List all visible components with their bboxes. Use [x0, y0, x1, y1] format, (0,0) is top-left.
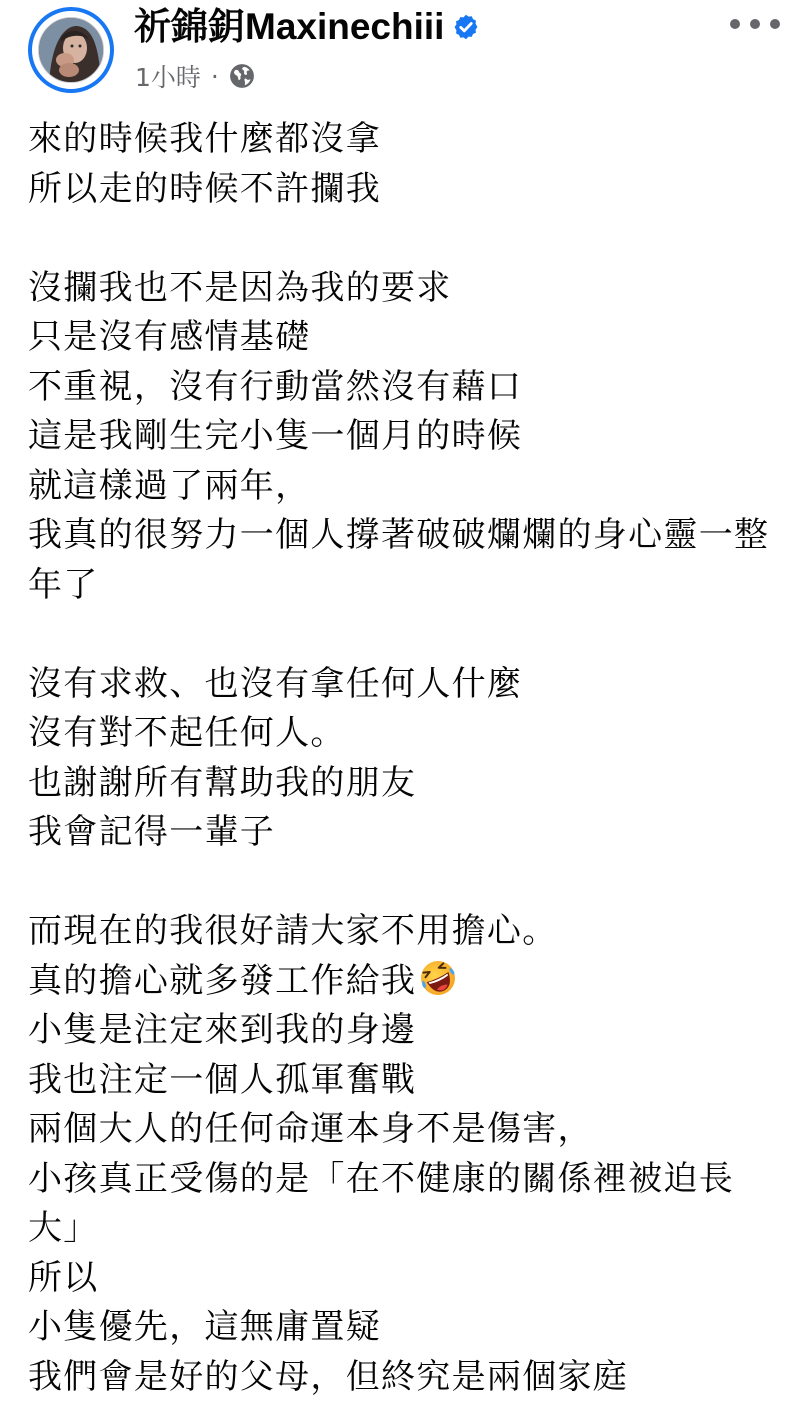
post-line-blank — [28, 858, 800, 908]
post-line: 年了 — [28, 561, 800, 611]
author-name[interactable]: 祈錦鈅Maxinechiii — [134, 2, 444, 52]
post-line: 沒有求救、也沒有拿任何人什麼 — [28, 660, 800, 710]
rolling-on-floor-laughing-emoji-icon — [418, 958, 458, 998]
post-line: 只是沒有感情基礎 — [28, 313, 800, 363]
post-line: 所以 — [28, 1254, 800, 1304]
post-line-with-emoji: 真的擔心就多發工作給我 — [28, 957, 800, 1007]
post-line: 大」 — [28, 1204, 800, 1254]
post-line: 不重視，沒有行動當然沒有藉口 — [28, 363, 800, 413]
post-line: 我們會是好的父母，但終究是兩個家庭 — [28, 1353, 800, 1403]
post-line-blank — [28, 610, 800, 660]
post-line: 兩個大人的任何命運本身不是傷害， — [28, 1105, 800, 1155]
post-body-text: 來的時候我什麼都沒拿 所以走的時候不許攔我 沒攔我也不是因為我的要求 只是沒有感… — [28, 115, 800, 1402]
post-line: 我也注定一個人孤軍奮戰 — [28, 1056, 800, 1106]
more-options-icon — [770, 19, 780, 29]
post-line: 來的時候我什麼都沒拿 — [28, 115, 800, 165]
post-line: 小隻是注定來到我的身邊 — [28, 1006, 800, 1056]
avatar-story-ring[interactable] — [28, 7, 114, 93]
post-line: 所以走的時候不許攔我 — [28, 165, 800, 215]
post-line: 小隻優先，這無庸置疑 — [28, 1303, 800, 1353]
verified-badge-icon — [452, 13, 480, 41]
post-line: 就這樣過了兩年， — [28, 462, 800, 512]
post-line: 小孩真正受傷的是「在不健康的關係裡被迫長 — [28, 1155, 800, 1205]
post-header: 祈錦鈅Maxinechiii 1小時 · — [0, 0, 800, 110]
post-meta: 1小時 · — [135, 58, 255, 94]
post-timestamp-link[interactable]: 1小時 — [135, 58, 201, 94]
post-line: 我真的很努力一個人撐著破破爛爛的身心靈一整 — [28, 511, 800, 561]
post-line: 我會記得一輩子 — [28, 808, 800, 858]
more-options-icon — [730, 19, 740, 29]
globe-icon[interactable] — [229, 63, 255, 89]
meta-separator: · — [211, 62, 219, 91]
post-line-blank — [28, 214, 800, 264]
post-line: 這是我剛生完小隻一個月的時候 — [28, 412, 800, 462]
more-options-button[interactable] — [730, 12, 780, 36]
more-options-icon — [750, 19, 760, 29]
post-line-text: 真的擔心就多發工作給我 — [28, 961, 416, 1001]
avatar[interactable] — [38, 17, 104, 83]
avatar-photo-icon — [39, 18, 104, 83]
post-line: 而現在的我很好請大家不用擔心。 — [28, 907, 800, 957]
post-line: 沒有對不起任何人。 — [28, 709, 800, 759]
post-line: 沒攔我也不是因為我的要求 — [28, 264, 800, 314]
author-name-link[interactable]: 祈錦鈅Maxinechiii — [134, 2, 480, 52]
post-line: 也謝謝所有幫助我的朋友 — [28, 759, 800, 809]
